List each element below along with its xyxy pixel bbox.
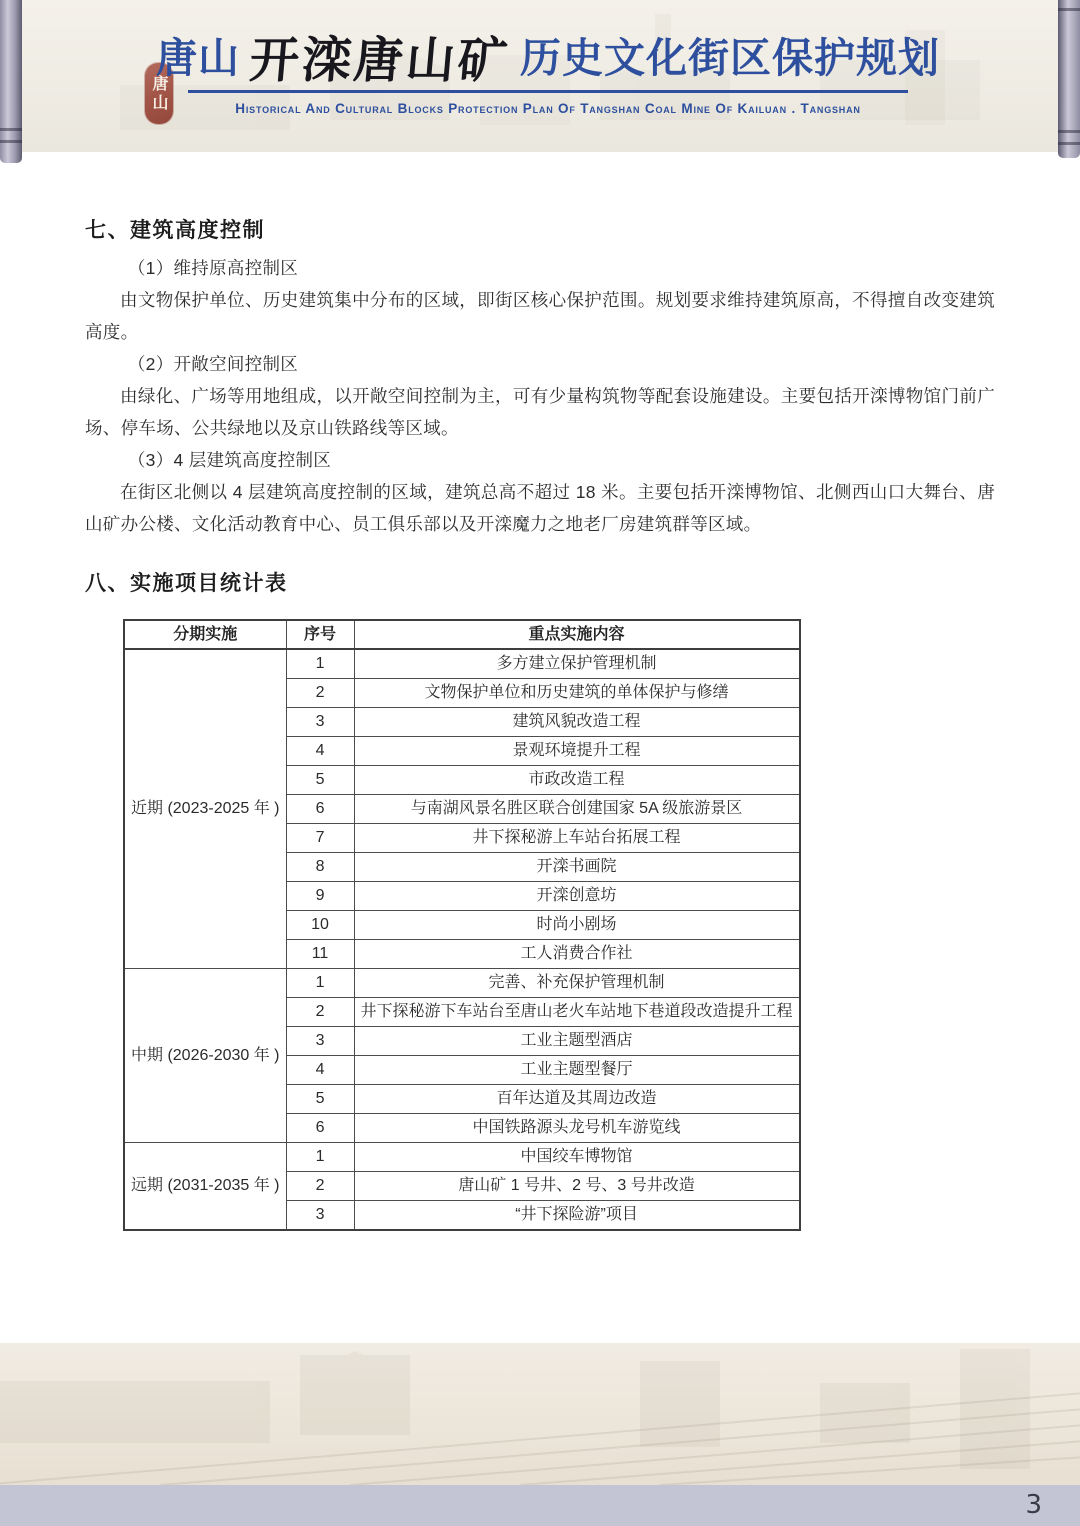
paragraph-1: 由文物保护单位、历史建筑集中分布的区域，即街区核心保护范围。规划要求维持建筑原高… <box>85 284 995 348</box>
footer-photo <box>0 1343 1080 1485</box>
paragraph-2: 由绿化、广场等用地组成，以开敞空间控制为主，可有少量构筑物等配套设施建设。主要包… <box>85 380 995 444</box>
content-cell: 井下探秘游下车站台至唐山老火车站地下巷道段改造提升工程 <box>354 998 800 1027</box>
implementation-table-body: 近期 (2023-2025 年 )1多方建立保护管理机制2文物保护单位和历史建筑… <box>124 649 800 1230</box>
table-header-row: 分期实施 序号 重点实施内容 <box>124 620 800 649</box>
document-page: 唐山 唐山 开滦唐山矿 历史文化街区保护规划 Historical And Cu… <box>0 0 1080 1526</box>
title-underline <box>188 90 908 93</box>
title-prefix: 唐山 <box>156 35 240 82</box>
subtitle-english: Historical And Cultural Blocks Protectio… <box>186 101 910 116</box>
page-number: 3 <box>1025 1490 1042 1520</box>
content-cell: 工业主题型餐厅 <box>354 1056 800 1085</box>
rod-band <box>1058 8 1080 11</box>
row-number-cell: 10 <box>286 911 354 940</box>
scroll-rod-left <box>0 0 22 163</box>
row-number-cell: 5 <box>286 766 354 795</box>
content-cell: 工人消费合作社 <box>354 940 800 969</box>
row-number-cell: 8 <box>286 853 354 882</box>
row-number-cell: 3 <box>286 1027 354 1056</box>
row-number-cell: 3 <box>286 708 354 737</box>
title-main: 历史文化街区保护规划 <box>520 35 940 82</box>
subheading-1: （1）维持原高控制区 <box>85 252 995 284</box>
column-header-phase: 分期实施 <box>124 620 286 649</box>
section-heading-7: 七、建筑高度控制 <box>85 214 995 244</box>
row-number-cell: 1 <box>286 969 354 998</box>
implementation-table: 分期实施 序号 重点实施内容 近期 (2023-2025 年 )1多方建立保护管… <box>123 619 801 1231</box>
row-number-cell: 6 <box>286 1114 354 1143</box>
column-header-number: 序号 <box>286 620 354 649</box>
row-number-cell: 5 <box>286 1085 354 1114</box>
rod-band <box>1058 130 1080 133</box>
content-cell: 多方建立保护管理机制 <box>354 649 800 679</box>
content-cell: 开滦书画院 <box>354 853 800 882</box>
row-number-cell: 2 <box>286 679 354 708</box>
row-number-cell: 2 <box>286 998 354 1027</box>
content-cell: 文物保护单位和历史建筑的单体保护与修缮 <box>354 679 800 708</box>
document-title: 唐山 开滦唐山矿 历史文化街区保护规划 <box>186 33 910 82</box>
subheading-3: （3）4 层建筑高度控制区 <box>85 444 995 476</box>
content-cell: “井下探险游”项目 <box>354 1201 800 1231</box>
table-row: 远期 (2031-2035 年 )1中国绞车博物馆 <box>124 1143 800 1172</box>
header-banner: 唐山 唐山 开滦唐山矿 历史文化街区保护规划 Historical And Cu… <box>0 0 1080 152</box>
content-cell: 中国铁路源头龙号机车游览线 <box>354 1114 800 1143</box>
footer-bar: 3 <box>0 1485 1080 1526</box>
content-cell: 井下探秘游上车站台拓展工程 <box>354 824 800 853</box>
row-number-cell: 1 <box>286 1143 354 1172</box>
row-number-cell: 3 <box>286 1201 354 1231</box>
phase-cell: 中期 (2026-2030 年 ) <box>124 969 286 1143</box>
row-number-cell: 7 <box>286 824 354 853</box>
phase-cell: 近期 (2023-2025 年 ) <box>124 649 286 969</box>
content-cell: 市政改造工程 <box>354 766 800 795</box>
content-cell: 完善、补充保护管理机制 <box>354 969 800 998</box>
content-cell: 百年达道及其周边改造 <box>354 1085 800 1114</box>
row-number-cell: 9 <box>286 882 354 911</box>
banner-title-block: 唐山 开滦唐山矿 历史文化街区保护规划 Historical And Cultu… <box>186 33 910 116</box>
page-content: 七、建筑高度控制 （1）维持原高控制区 由文物保护单位、历史建筑集中分布的区域，… <box>0 152 1080 1231</box>
row-number-cell: 6 <box>286 795 354 824</box>
subheading-2: （2）开敞空间控制区 <box>85 348 995 380</box>
content-cell: 工业主题型酒店 <box>354 1027 800 1056</box>
content-cell: 景观环境提升工程 <box>354 737 800 766</box>
column-header-content: 重点实施内容 <box>354 620 800 649</box>
paragraph-3: 在街区北侧以 4 层建筑高度控制的区域，建筑总高不超过 18 米。主要包括开滦博… <box>85 476 995 540</box>
row-number-cell: 11 <box>286 940 354 969</box>
phase-cell: 远期 (2031-2035 年 ) <box>124 1143 286 1231</box>
content-cell: 中国绞车博物馆 <box>354 1143 800 1172</box>
rod-band <box>0 140 22 143</box>
scroll-rod-right <box>1058 0 1080 158</box>
title-calligraphy: 开滦唐山矿 <box>248 36 512 85</box>
table-row: 中期 (2026-2030 年 )1完善、补充保护管理机制 <box>124 969 800 998</box>
section-heading-8: 八、实施项目统计表 <box>85 567 995 597</box>
content-cell: 与南湖风景名胜区联合创建国家 5A 级旅游景区 <box>354 795 800 824</box>
content-cell: 建筑风貌改造工程 <box>354 708 800 737</box>
row-number-cell: 4 <box>286 1056 354 1085</box>
content-cell: 时尚小剧场 <box>354 911 800 940</box>
row-number-cell: 4 <box>286 737 354 766</box>
row-number-cell: 2 <box>286 1172 354 1201</box>
content-cell: 唐山矿 1 号井、2 号、3 号井改造 <box>354 1172 800 1201</box>
content-cell: 开滦创意坊 <box>354 882 800 911</box>
rod-band <box>0 128 22 131</box>
row-number-cell: 1 <box>286 649 354 679</box>
rod-band <box>1058 142 1080 145</box>
table-row: 近期 (2023-2025 年 )1多方建立保护管理机制 <box>124 649 800 679</box>
